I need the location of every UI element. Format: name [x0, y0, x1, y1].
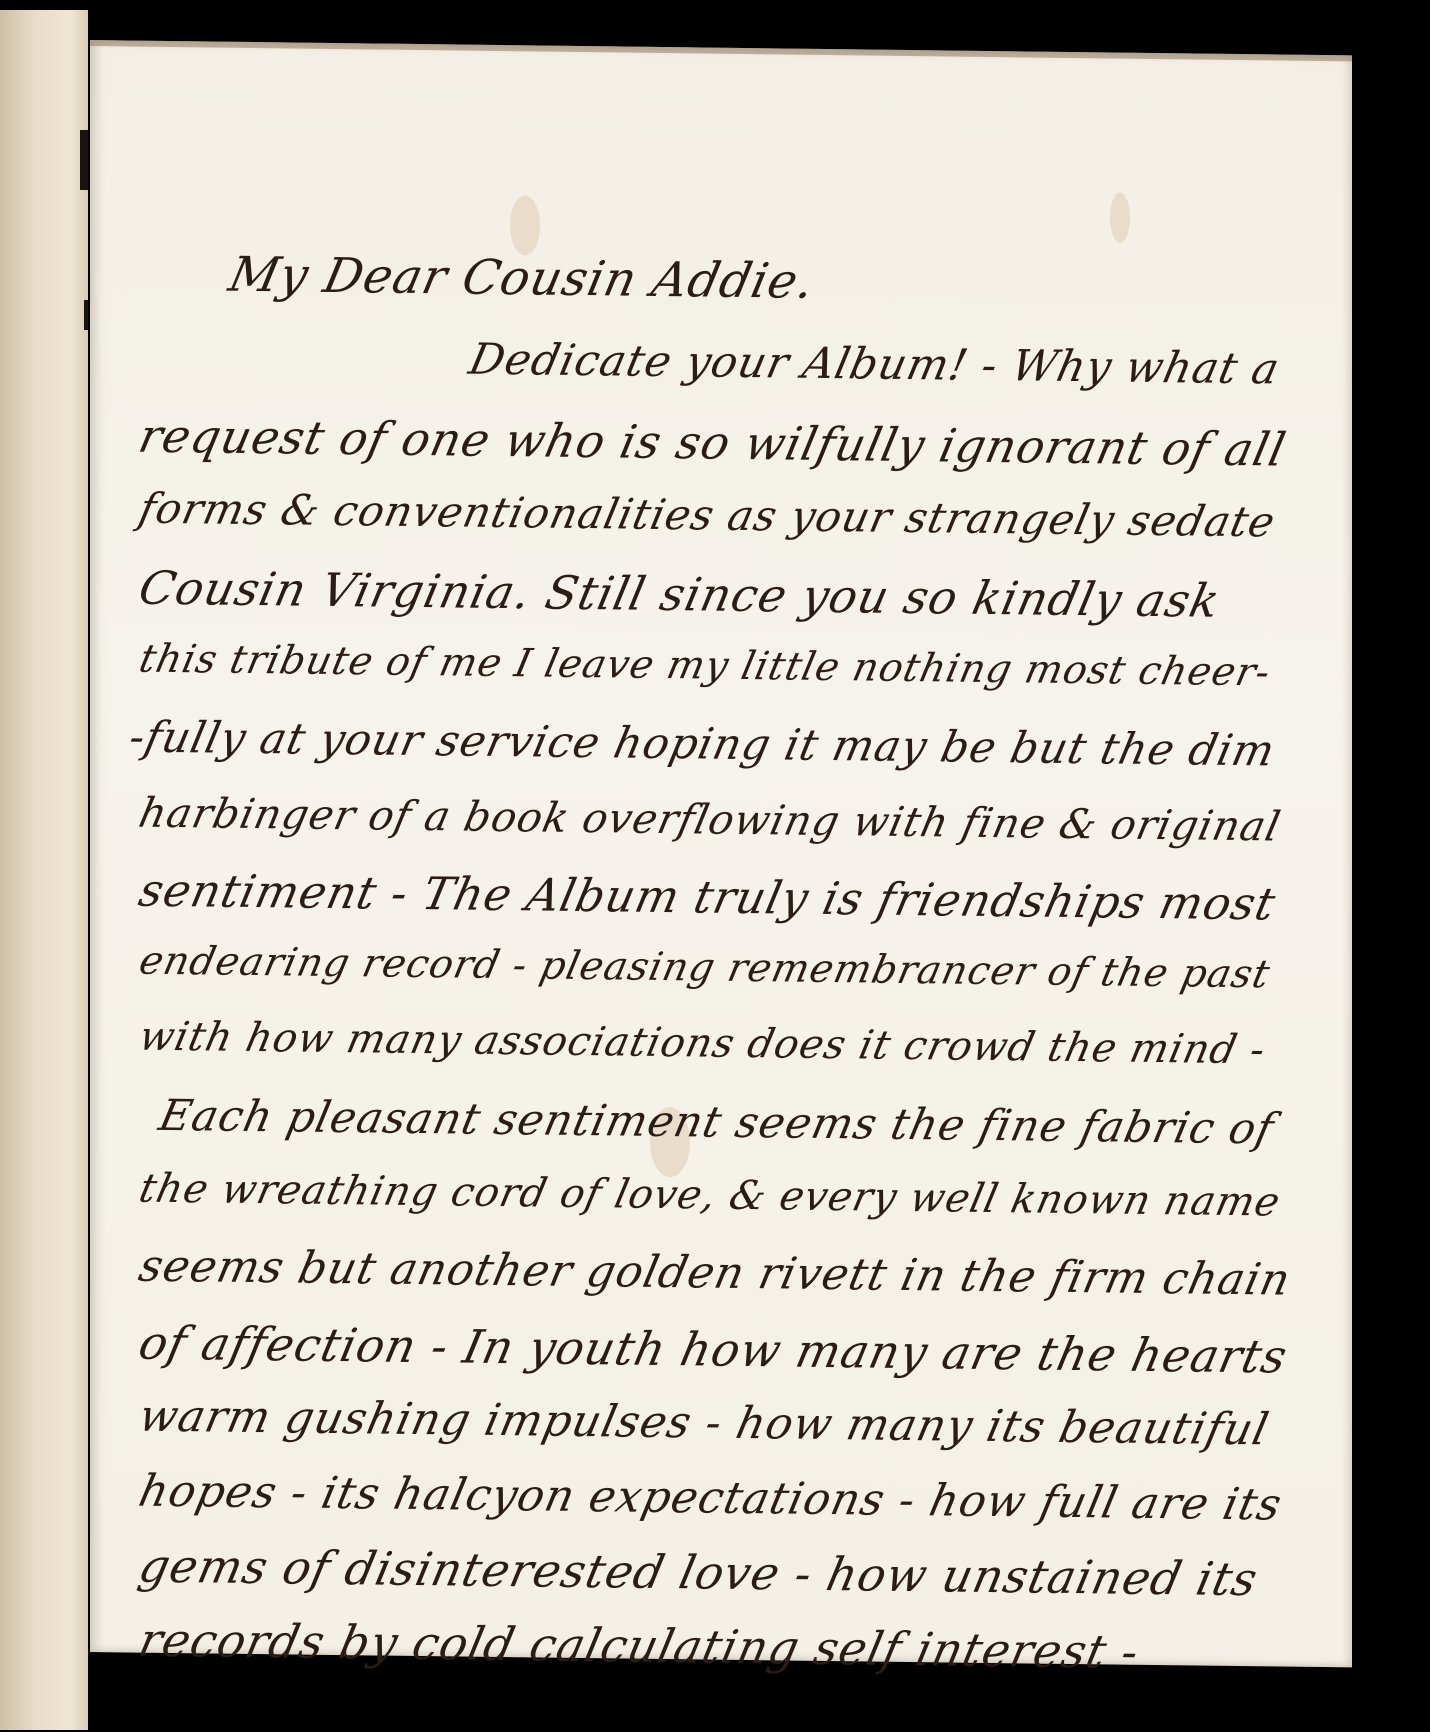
album-page: My Dear Cousin Addie. Dedicate your Albu…	[90, 40, 1352, 1667]
letter-line: seems but another golden rivett in the f…	[135, 1241, 1296, 1306]
letter-line: Dedicate your Album! - Why what a	[465, 335, 1285, 395]
letter-line: this tribute of me I leave my little not…	[135, 637, 1275, 696]
letter-line: records by cold calculating self interes…	[134, 1613, 1144, 1679]
letter-line: sentiment - The Album truly is friendshi…	[134, 864, 1280, 931]
letter-line: harbinger of a book overflowing with fin…	[135, 789, 1285, 851]
letter-line: endearing record - pleasing remembrancer…	[135, 939, 1274, 998]
letter-line: forms & conventionalities as your strang…	[135, 484, 1280, 547]
binding-thread	[84, 300, 88, 330]
letter-line: request of one who is so wilfully ignora…	[134, 409, 1291, 477]
letter-line: the wreathing cord of love, & every well…	[135, 1166, 1285, 1226]
salutation: My Dear Cousin Addie.	[224, 247, 820, 310]
letter-line: Each pleasant sentiment seems the fine f…	[155, 1091, 1279, 1154]
letter-line: gems of disinterested love - how unstain…	[134, 1539, 1263, 1607]
letter-line: Cousin Virginia. Still since you so kind…	[134, 561, 1225, 628]
binding-stitch	[80, 130, 88, 190]
letter-body: My Dear Cousin Addie. Dedicate your Albu…	[90, 40, 1352, 1667]
left-page-edge	[0, 10, 88, 1730]
letter-line: warm gushing impulses - how many its bea…	[135, 1391, 1274, 1456]
letter-line: -fully at your service hoping it may be …	[125, 713, 1280, 777]
letter-line: of affection - In youth how many are the…	[134, 1316, 1292, 1384]
letter-line: with how many associations does it crowd…	[135, 1014, 1270, 1074]
letter-line: hopes - its halcyon expectations - how f…	[135, 1466, 1287, 1531]
